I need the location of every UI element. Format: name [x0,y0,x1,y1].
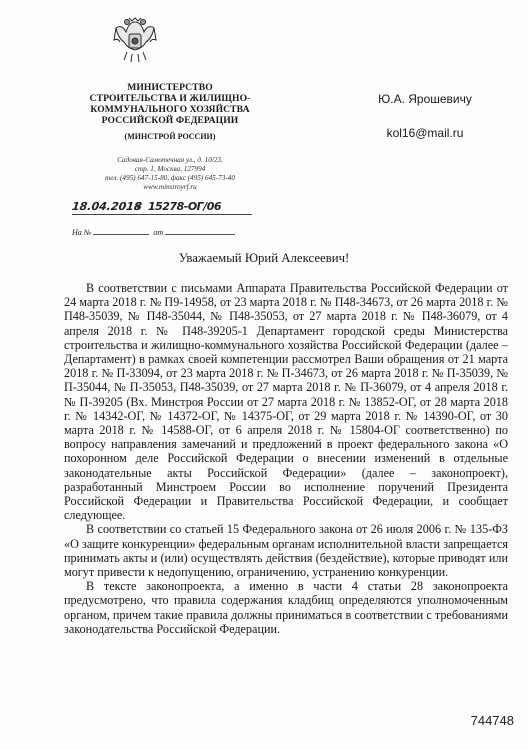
address-line: Садовая-Самотечная ул., д. 10/23, [70,156,270,165]
ministry-short-name: (МИНСТРОЙ РОССИИ) [70,132,270,141]
letter-body: В соответствии с письмами Аппарата Прави… [64,281,508,636]
underline [72,214,252,215]
greeting: Уважаемый Юрий Алексеевич! [0,251,528,266]
ref-from-label: от [153,228,163,237]
recipient-block: Ю.А. Ярошевичу kol16@mail.ru [350,92,500,140]
document-number: 744748 [471,713,514,728]
body-paragraph: В соответствии со статьей 15 Федеральног… [64,522,508,579]
address-line: тел. (495) 647-15-80, факс (495) 645-73-… [70,174,270,183]
ref-date-blank [165,234,235,235]
address-line: www.minstroyrf.ru [70,183,270,192]
ministry-name: МИНИСТЕРСТВО СТРОИТЕЛЬСТВА И ЖИЛИЩНО- КО… [70,82,270,126]
letter-page: МИНИСТЕРСТВО СТРОИТЕЛЬСТВА И ЖИЛИЩНО- КО… [0,0,528,750]
ministry-line: СТРОИТЕЛЬСТВА И ЖИЛИЩНО- [70,93,270,104]
ministry-address: Садовая-Самотечная ул., д. 10/23, стр. 1… [70,156,270,192]
handwritten-date: 18.04.2018 [71,200,142,213]
number-label: № [134,202,142,211]
ref-no-blank [93,234,149,235]
registration-line: 18.04.2018 № 15278-ОГ/06 [72,200,272,216]
ministry-line: КОММУНАЛЬНОГО ХОЗЯЙСТВА [70,104,270,115]
reference-line: На № от [72,228,272,237]
ref-no-label: На № [72,228,91,237]
recipient-email: kol16@mail.ru [350,126,500,140]
body-paragraph: В соответствии с письмами Аппарата Прави… [64,281,508,522]
recipient-name: Ю.А. Ярошевичу [378,92,472,106]
ministry-line: МИНИСТЕРСТВО [70,82,270,93]
handwritten-number: 15278-ОГ/06 [148,200,221,213]
coat-of-arms-icon [112,14,158,66]
body-paragraph: В тексте законопроекта, а именно в части… [64,579,508,636]
ministry-line: РОССИЙСКОЙ ФЕДЕРАЦИИ [70,115,270,126]
address-line: стр. 1, Москва, 127994 [70,165,270,174]
